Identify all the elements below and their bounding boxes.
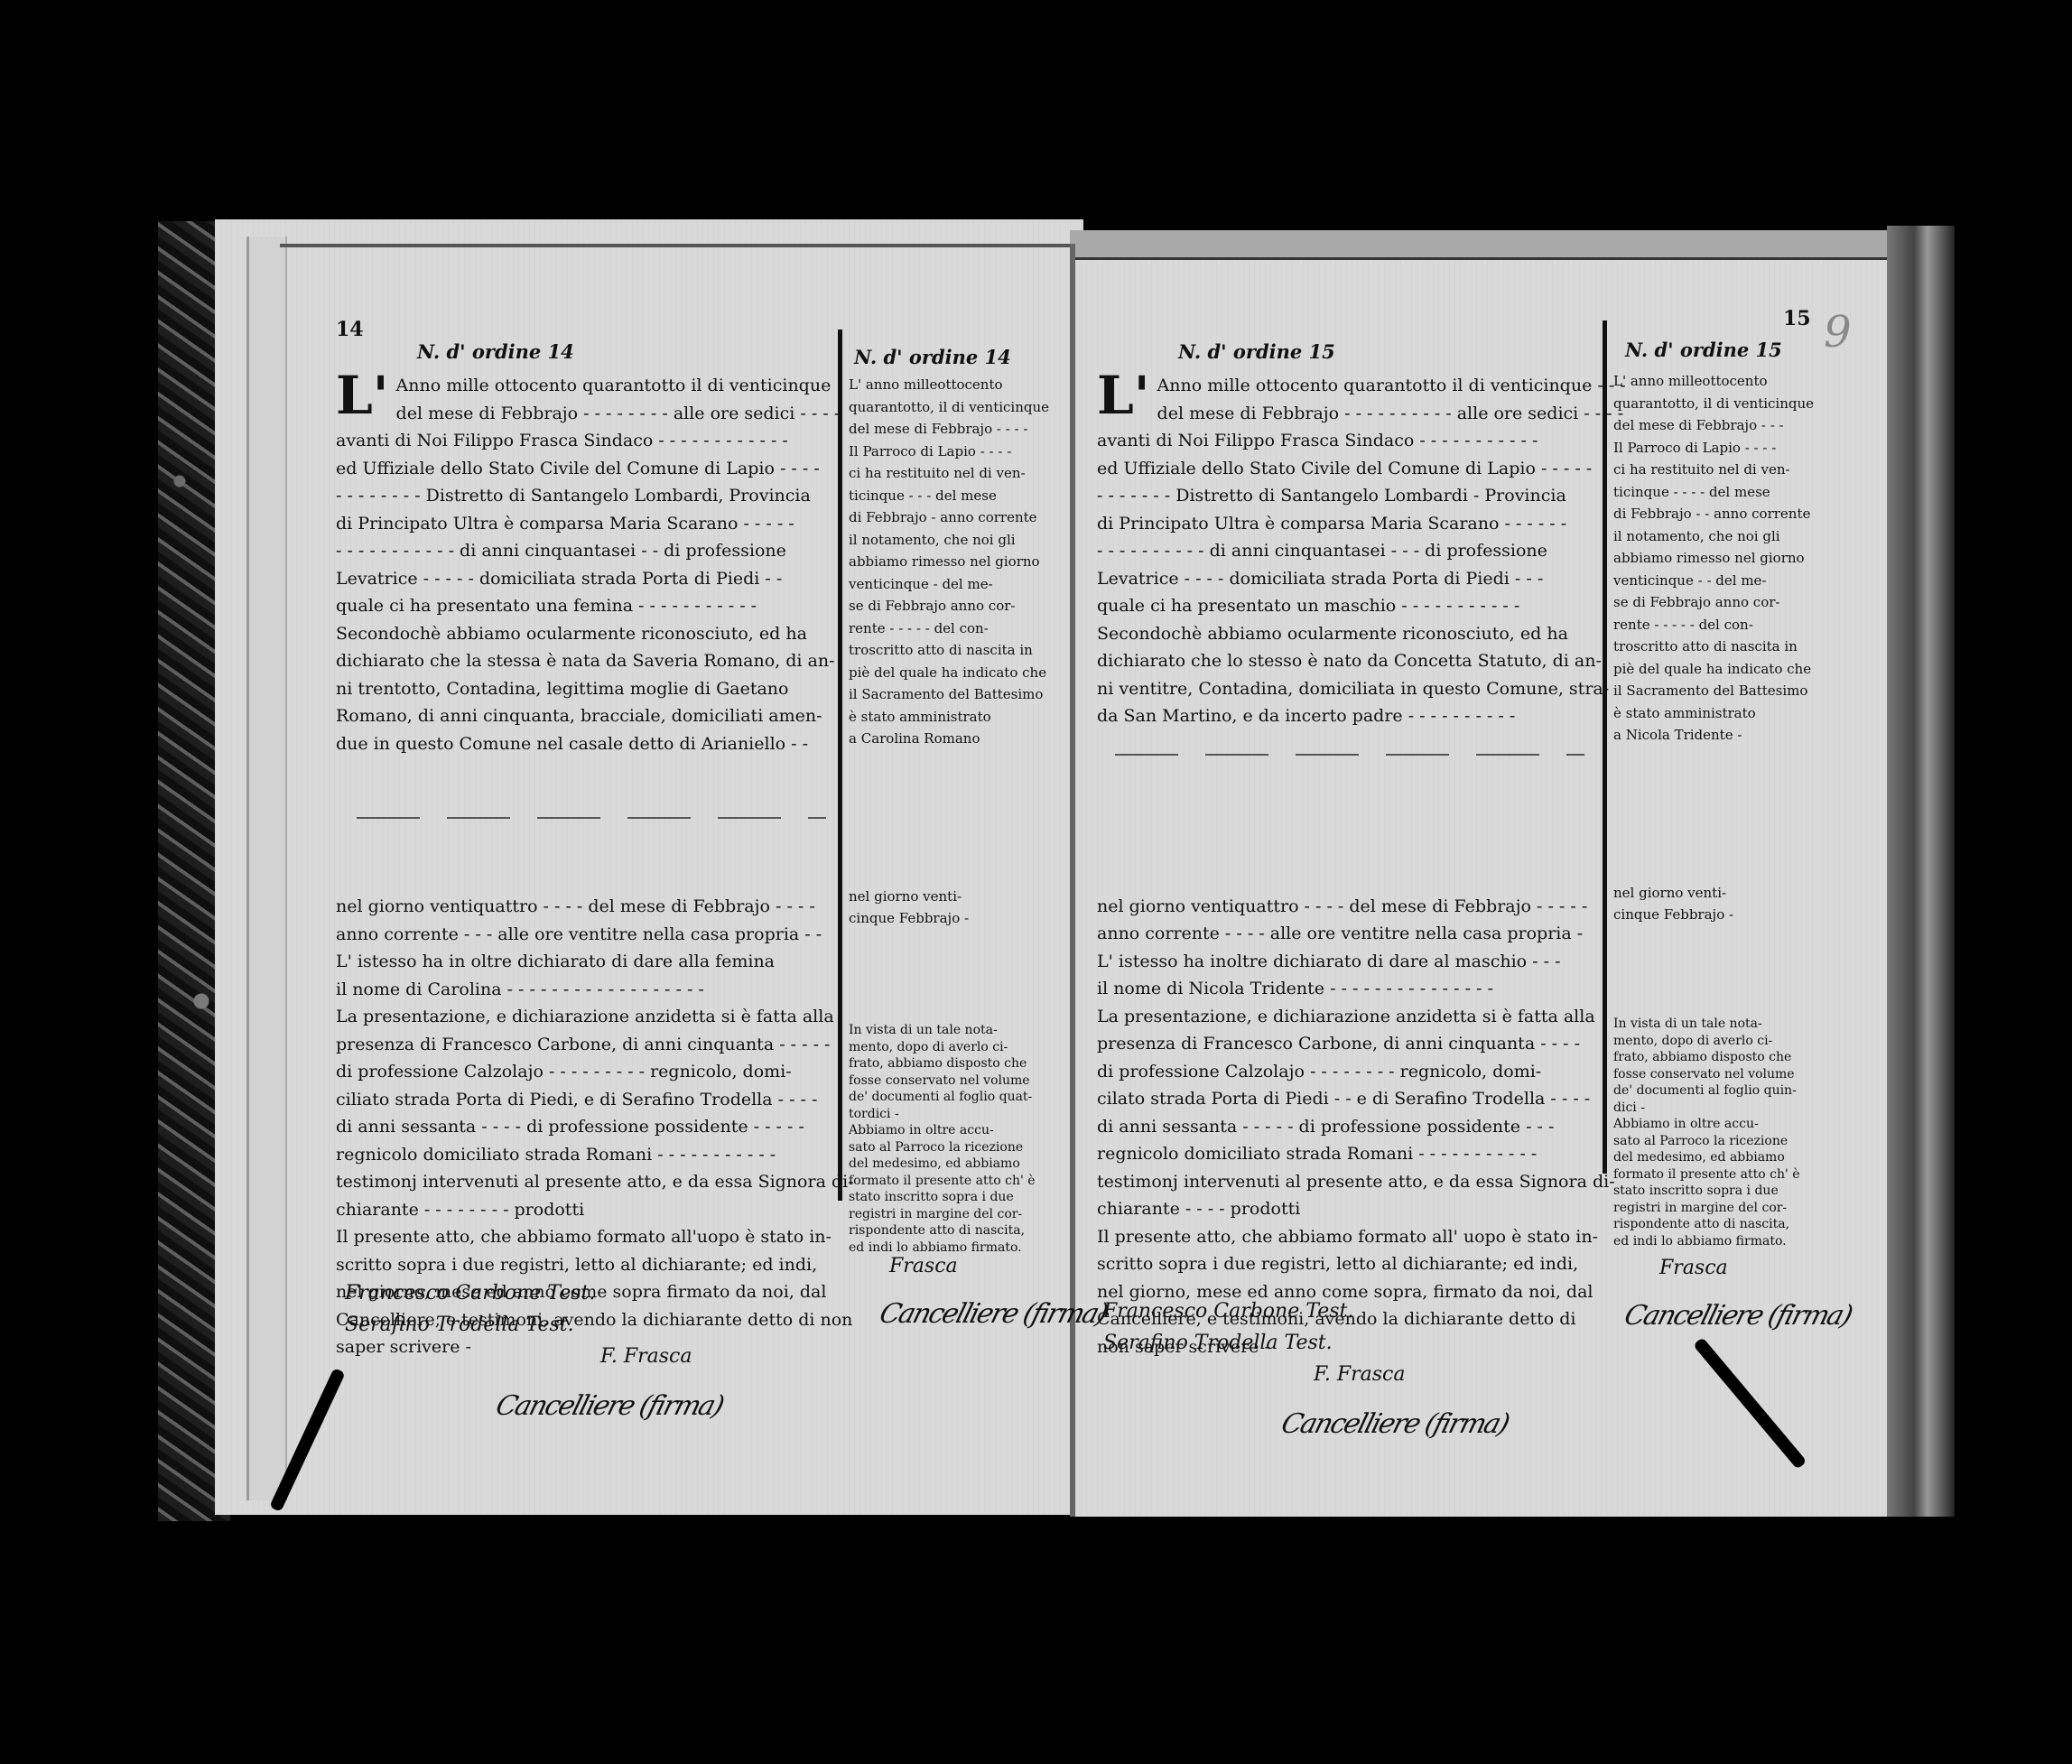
text-line: del mese di Febbrajo - - - (1613, 414, 1839, 437)
pencil-annotation: 9 (1824, 307, 1852, 357)
right-main-act: L' Anno mille ottocento quarantotto il d… (1097, 372, 1603, 1360)
signature-witness-2: Serafino Trodella Test. (1103, 1332, 1333, 1354)
right-margin-note-bottom: In vista di un tale nota-mento, dopo di … (1613, 1016, 1839, 1249)
text-line: chiarante - - - - prodotti (1097, 1195, 1603, 1223)
text-line: frato, abbiamo disposto che (849, 1055, 1074, 1072)
text-line: Il Parroco di Lapio - - - - (1613, 437, 1839, 460)
text-line: abbiamo rimesso nel giorno (849, 551, 1074, 573)
text-line: due in questo Comune nel casale detto di… (336, 730, 837, 758)
separator-rule (357, 817, 826, 819)
text-line: Levatrice - - - - - domiciliata strada P… (336, 565, 837, 593)
text-line: regnicolo domiciliato strada Romani - - … (1097, 1140, 1603, 1168)
text-line: del medesimo, ed abbiamo (1613, 1149, 1839, 1166)
text-line: ed Uffiziale dello Stato Civile del Comu… (336, 455, 837, 483)
text-line: - - - - - - - - Distretto di Santangelo … (336, 482, 837, 510)
text-line: da San Martino, e da incerto padre - - -… (1097, 702, 1603, 730)
text-line: del mese di Febbrajo - - - - - - - - all… (336, 400, 837, 428)
text-line: di anni sessanta - - - - di professione … (336, 1113, 837, 1141)
text-line: stato inscritto sopra i due (849, 1189, 1074, 1206)
text-line: Il presente atto, che abbiamo formato al… (336, 1223, 837, 1251)
text-line: di professione Calzolajo - - - - - - - -… (1097, 1058, 1603, 1086)
text-line: sato al Parroco la ricezione (1613, 1133, 1839, 1150)
text-line: a Nicola Tridente - (1613, 724, 1839, 747)
left-main-act: L' Anno mille ottocento quarantotto il d… (336, 372, 837, 1361)
signature-witness-1: Francesco Carbone Test. (1103, 1300, 1353, 1323)
text-line: ni trentotto, Contadina, legittima mogli… (336, 675, 837, 703)
text-line: ticinque - - - del mese (849, 485, 1074, 507)
text-line: nel giorno venti- (849, 886, 1074, 908)
text-line: mento, dopo di averlo ci- (1613, 1033, 1839, 1050)
text-line: mento, dopo di averlo ci- (849, 1039, 1074, 1056)
margin-title: N. d' ordine 15 (1625, 339, 1782, 361)
text-line: ci ha restituito nel di ven- (849, 462, 1074, 485)
text-line: L' istesso ha in oltre dichiarato di dar… (336, 948, 837, 976)
text-line: La presentazione, e dichiarazione anzide… (1097, 1003, 1603, 1031)
text-line: del medesimo, ed abbiamo (849, 1156, 1074, 1173)
text-line: abbiamo rimesso nel giorno (1613, 547, 1839, 570)
text-line: il notamento, che noi gli (849, 529, 1074, 552)
text-line: de' documenti al foglio quin- (1613, 1082, 1839, 1100)
text-line: nel giorno ventiquattro - - - - del mese… (336, 893, 837, 921)
text-line: tordici - (849, 1106, 1074, 1123)
text-line: di Principato Ultra è comparsa Maria Sca… (1097, 510, 1603, 538)
text-line: ci ha restituito nel di ven- (1613, 459, 1839, 481)
text-line: dici - (1613, 1100, 1839, 1117)
page-number: 14 (336, 318, 364, 341)
text-line: frato, abbiamo disposto che (1613, 1049, 1839, 1066)
right-page-top-edge (1070, 230, 1905, 260)
text-line: nel giorno ventiquattro - - - - del mese… (1097, 893, 1603, 921)
text-line: il nome di Nicola Tridente - - - - - - -… (1097, 975, 1603, 1003)
text-line: stato inscritto sopra i due (1613, 1183, 1839, 1200)
left-margin-note-top: L' anno milleottocentoquarantotto, il di… (849, 374, 1074, 930)
signature-frasca-margin: Frasca (889, 1255, 958, 1277)
text-line: il notamento, che noi gli (1613, 525, 1839, 548)
text-line: anno corrente - - - alle ore ventitre ne… (336, 921, 837, 949)
text-line: saper scrivere - (336, 1333, 837, 1361)
text-line: il nome di Carolina - - - - - - - - - - … (336, 976, 837, 1004)
text-line: nel giorno venti- (1613, 882, 1839, 905)
right-margin-note-top: L' anno milleottocentoquarantotto, il di… (1613, 370, 1839, 926)
act-title: N. d' ordine 15 (1178, 340, 1335, 363)
text-line: chiarante - - - - - - - - prodotti (336, 1196, 837, 1224)
text-line: se di Febbrajo anno cor- (849, 595, 1074, 617)
text-line: ticinque - - - - del mese (1613, 481, 1839, 504)
text-line: In vista di un tale nota- (1613, 1016, 1839, 1033)
text-line: rente - - - - - del con- (1613, 614, 1839, 636)
text-line: di professione Calzolajo - - - - - - - -… (336, 1058, 837, 1086)
text-line: Secondochè abbiamo ocularmente riconosci… (1097, 620, 1603, 648)
text-line: Secondochè abbiamo ocularmente riconosci… (336, 620, 837, 648)
text-line: cilato strada Porta di Piedi - - e di Se… (1097, 1085, 1603, 1113)
text-line: Il Parroco di Lapio - - - - (849, 441, 1074, 463)
text-line: L' anno milleottocento (1613, 370, 1839, 393)
text-line: di Febbrajo - - anno corrente (1613, 503, 1839, 525)
text-line: - - - - - - - - - - - di anni cinquantas… (336, 537, 837, 565)
dropcap: L' (336, 374, 389, 417)
text-line: dichiarato che lo stesso è nato da Conce… (1097, 647, 1603, 675)
book-binding-right (1887, 226, 1955, 1517)
text-line: regnicolo domiciliato strada Romani - - … (336, 1141, 837, 1169)
text-line: troscritto atto di nascita in (1613, 636, 1839, 658)
text-line: Romano, di anni cinquanta, bracciale, do… (336, 702, 837, 730)
text-line: venticinque - del me- (849, 573, 1074, 596)
text-line: il Sacramento del Battesimo (1613, 680, 1839, 702)
text-line: cinque Febbrajo - (1613, 904, 1839, 926)
signature-frasca-margin: Frasca (1659, 1257, 1728, 1279)
text-line: rispondente atto di nascita, (849, 1222, 1074, 1239)
text-line: Anno mille ottocento quarantotto il di v… (336, 372, 837, 400)
text-line: fosse conservato nel volume (849, 1072, 1074, 1090)
signature-witness-1: Francesco Carbone Test. (345, 1282, 595, 1304)
text-line: anno corrente - - - - alle ore ventitre … (1097, 920, 1603, 948)
text-line: se di Febbrajo anno cor- (1613, 591, 1839, 614)
text-line: cinque Febbrajo - (849, 907, 1074, 930)
text-line: dichiarato che la stessa è nata da Saver… (336, 647, 837, 675)
text-line: registri in margine del cor- (849, 1206, 1074, 1223)
text-line: formato il presente atto ch' è (849, 1173, 1074, 1190)
dropcap: L' (1097, 374, 1150, 417)
text-line: ed indi lo abbiamo firmato. (1613, 1233, 1839, 1250)
text-line: quarantotto, il di venticinque (1613, 393, 1839, 415)
text-line: piè del quale ha indicato che (1613, 658, 1839, 681)
text-line: troscritto atto di nascita in (849, 639, 1074, 662)
signature-sindaco: F. Frasca (600, 1345, 692, 1368)
column-rule (1603, 320, 1607, 1174)
separator-rule (1115, 754, 1584, 756)
text-line: presenza di Francesco Carbone, di anni c… (1097, 1030, 1603, 1058)
text-line: - - - - - - - Distretto di Santangelo Lo… (1097, 482, 1603, 510)
signature-cancelliere-margin: Cancelliere (firma) (876, 1298, 1110, 1330)
page-number: 15 (1783, 307, 1811, 330)
page-top-rule (280, 244, 1074, 247)
text-line: fosse conservato nel volume (1613, 1066, 1839, 1083)
text-line: è stato amministrato (1613, 702, 1839, 725)
text-line: avanti di Noi Filippo Frasca Sindaco - -… (1097, 427, 1603, 455)
text-line: venticinque - - del me- (1613, 570, 1839, 592)
text-line: scritto sopra i due registri, letto al d… (336, 1251, 837, 1279)
text-line: a Carolina Romano (849, 728, 1074, 750)
page-stack-edge (246, 237, 287, 1500)
signature-cancelliere: Cancelliere (firma) (492, 1390, 726, 1422)
text-line: quarantotto, il di venticinque (849, 396, 1074, 419)
text-line: piè del quale ha indicato che (849, 662, 1074, 684)
margin-title: N. d' ordine 14 (854, 346, 1011, 368)
column-rule (838, 330, 842, 1201)
text-line: ni ventitre, Contadina, domiciliata in q… (1097, 675, 1603, 703)
text-line: de' documenti al foglio quat- (849, 1089, 1074, 1106)
text-line: Levatrice - - - - domiciliata strada Por… (1097, 565, 1603, 593)
text-line: del mese di Febbrajo - - - - (849, 418, 1074, 441)
text-line: quale ci ha presentato una femina - - - … (336, 592, 837, 620)
text-line: di Principato Ultra è comparsa Maria Sca… (336, 510, 837, 538)
text-line: Il presente atto, che abbiamo formato al… (1097, 1223, 1603, 1251)
text-line: di anni sessanta - - - - - di profession… (1097, 1113, 1603, 1141)
text-line: ciliato strada Porta di Piedi, e di Sera… (336, 1086, 837, 1114)
text-line: L' istesso ha inoltre dichiarato di dare… (1097, 948, 1603, 976)
left-margin-note-bottom: In vista di un tale nota-mento, dopo di … (849, 1022, 1074, 1256)
text-line: Abbiamo in oltre accu- (1613, 1116, 1839, 1133)
text-line: registri in margine del cor- (1613, 1200, 1839, 1217)
text-line: il Sacramento del Battesimo (849, 683, 1074, 706)
text-line: ed indi lo abbiamo firmato. (849, 1239, 1074, 1257)
text-line: scritto sopra i due registri, letto al d… (1097, 1250, 1603, 1278)
text-line: rente - - - - - del con- (849, 617, 1074, 640)
signature-cancelliere: Cancelliere (firma) (1278, 1408, 1511, 1440)
text-line: quale ci ha presentato un maschio - - - … (1097, 592, 1603, 620)
signature-cancelliere-margin: Cancelliere (firma) (1621, 1300, 1854, 1332)
text-line: In vista di un tale nota- (849, 1022, 1074, 1039)
signature-witness-2: Serafino Trodella Test. (345, 1314, 574, 1336)
text-line: è stato amministrato (849, 706, 1074, 729)
text-line: testimonj intervenuti al presente atto, … (336, 1168, 837, 1196)
text-line: La presentazione, e dichiarazione anzide… (336, 1003, 837, 1031)
text-line: avanti di Noi Filippo Frasca Sindaco - -… (336, 427, 837, 455)
text-line: rispondente atto di nascita, (1613, 1216, 1839, 1233)
text-line: del mese di Febbrajo - - - - - - - - - -… (1097, 400, 1603, 428)
text-line: ed Uffiziale dello Stato Civile del Comu… (1097, 455, 1603, 483)
text-line: presenza di Francesco Carbone, di anni c… (336, 1031, 837, 1059)
text-line: di Febbrajo - anno corrente (849, 506, 1074, 529)
text-line: sato al Parroco la ricezione (849, 1139, 1074, 1156)
text-line: Anno mille ottocento quarantotto il di v… (1097, 372, 1603, 400)
text-line: formato il presente atto ch' è (1613, 1166, 1839, 1184)
signature-sindaco: F. Frasca (1314, 1363, 1405, 1386)
text-line: - - - - - - - - - - di anni cinquantasei… (1097, 537, 1603, 565)
text-line: testimonj intervenuti al presente atto, … (1097, 1168, 1603, 1196)
act-title: N. d' ordine 14 (417, 340, 574, 363)
text-line: Abbiamo in oltre accu- (849, 1122, 1074, 1139)
text-line: L' anno milleottocento (849, 374, 1074, 396)
